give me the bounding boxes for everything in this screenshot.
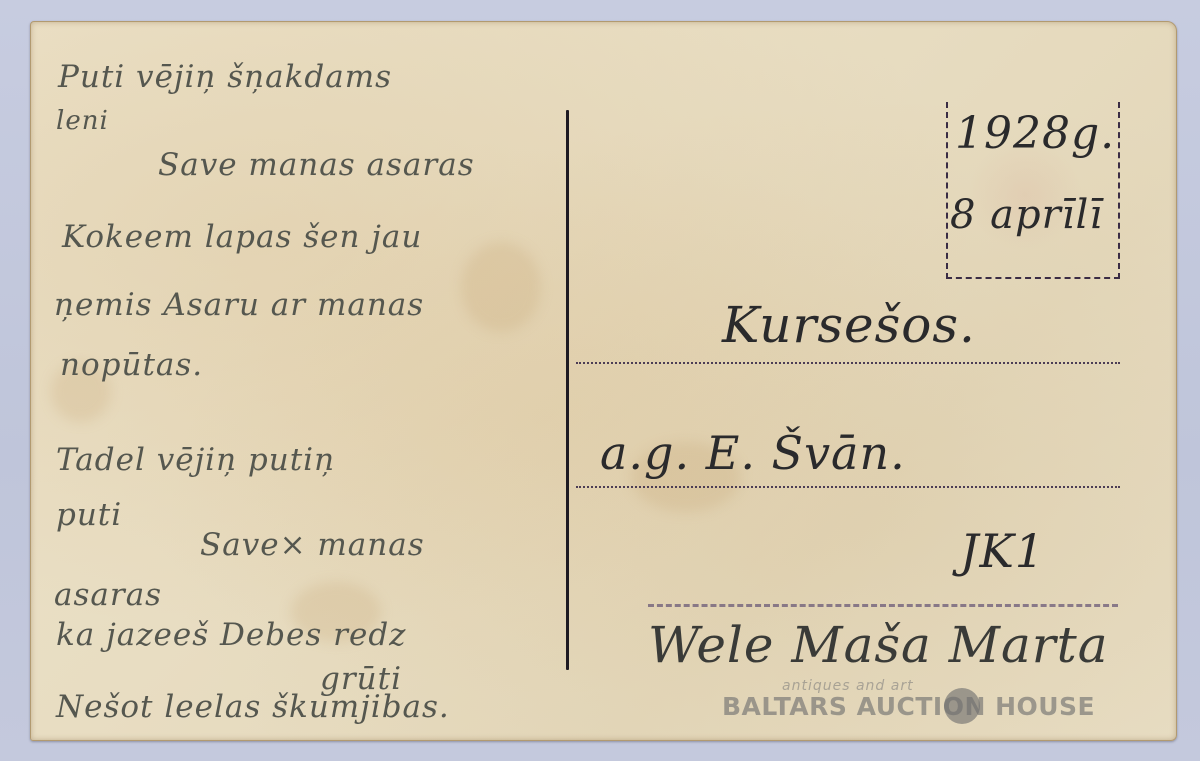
address-city: Kursešos.: [722, 300, 976, 350]
center-divider: [566, 110, 569, 670]
message-line-9: Save× manas: [200, 530, 425, 561]
date-year: 1928g.: [955, 112, 1115, 156]
message-line-7: Tadel vējiņ putiņ: [56, 445, 335, 476]
sender-signature: Wele Maša Marta: [648, 620, 1109, 670]
message-line-8: puti: [56, 500, 122, 531]
auction-watermark: antiques and art BALTARS AUCTION HOUSE: [722, 692, 1122, 732]
message-line-13: Nešot leelas škumjibas.: [56, 692, 450, 723]
address-recipient: a.g. E. Švān.: [600, 430, 906, 476]
address-line-1-rule: [576, 362, 1120, 364]
date-day: 8 aprīlī: [950, 195, 1103, 235]
message-line-10: asaras: [54, 580, 162, 611]
message-line-4: Kokeem lapas šen jau: [62, 222, 422, 253]
watermark-name: BALTARS AUCTION HOUSE: [722, 692, 1095, 721]
address-line-3-rule: [648, 604, 1118, 607]
message-line-5: ņemis Asaru ar manas: [54, 290, 424, 321]
message-line-1: Puti vējiņ šņakdams: [58, 62, 392, 93]
address-line-2-rule: [576, 486, 1120, 488]
message-line-11: ka jazeeš Debes redz: [56, 620, 407, 651]
message-line-2: leni: [56, 108, 109, 134]
message-line-6: nopūtas.: [60, 350, 203, 381]
message-line-3: Save manas asaras: [158, 150, 475, 181]
address-code: JK1: [960, 528, 1045, 574]
paper-stain: [461, 242, 541, 332]
